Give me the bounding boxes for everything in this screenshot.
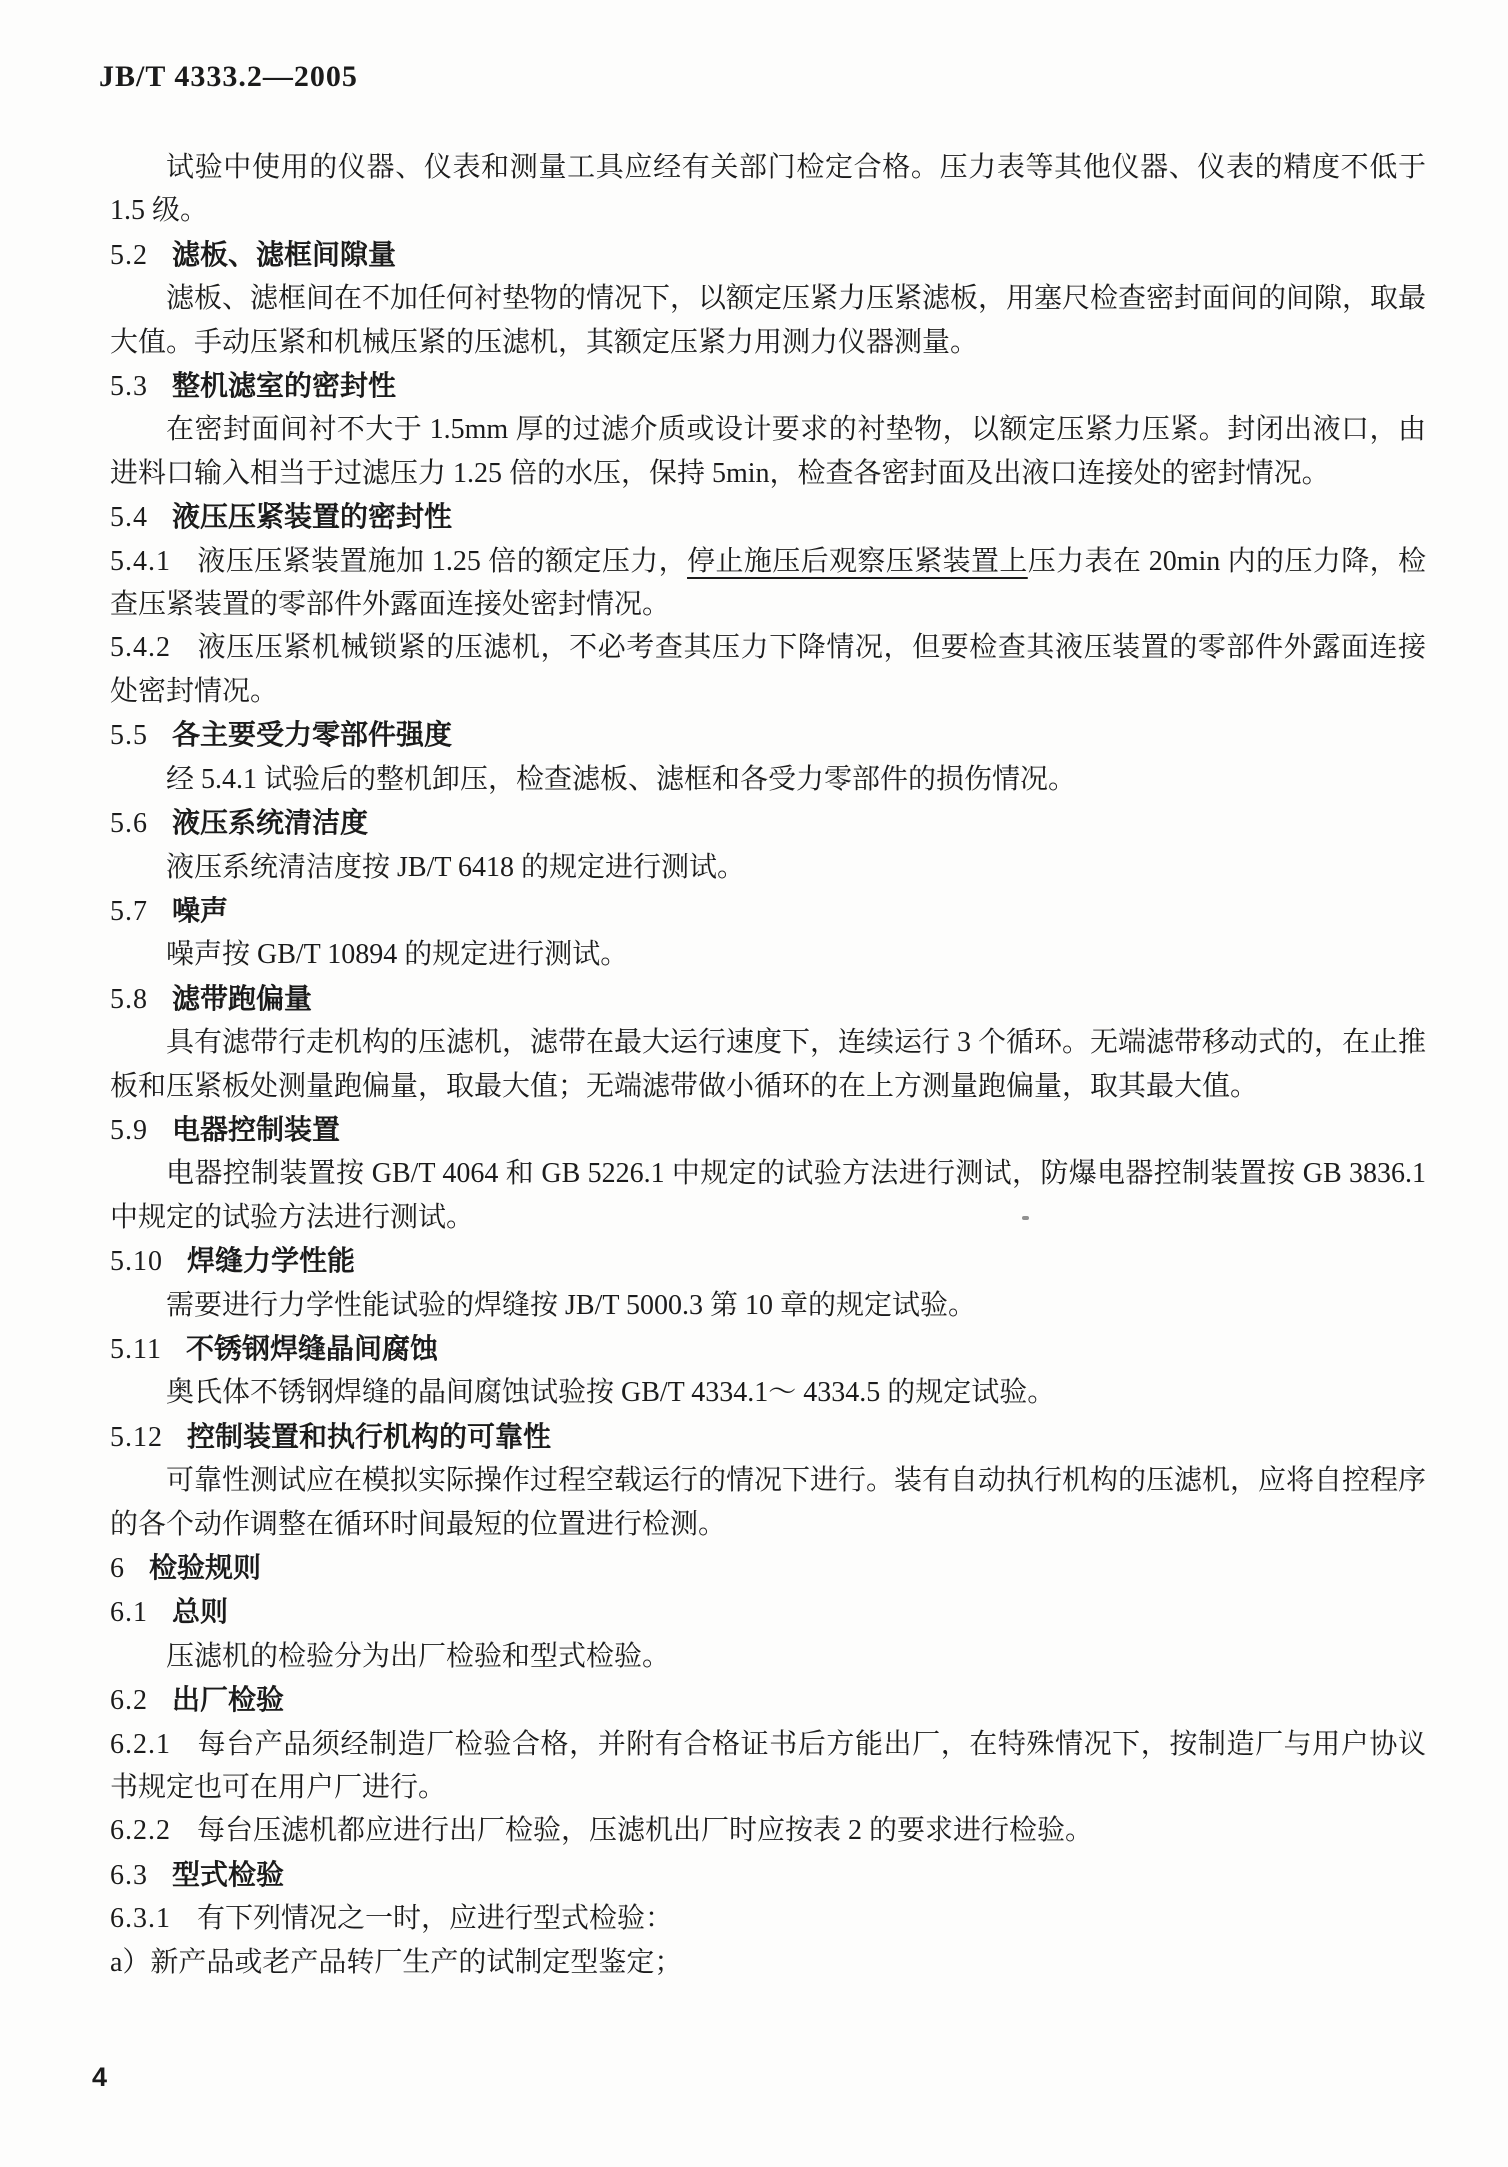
clause-heading-5-10: 5.10焊缝力学性能 xyxy=(110,1239,1426,1283)
page-number: 4 xyxy=(92,2062,107,2092)
paragraph-5-2: 滤板、滤框间在不加任何衬垫物的情况下，以额定压紧力压紧滤板，用塞尺检查密封面间的… xyxy=(110,277,1426,364)
clause-number: 5.6 xyxy=(110,808,148,839)
article-number: 6.3.1 xyxy=(110,1903,171,1934)
document-body: 试验中使用的仪器、仪表和测量工具应经有关部门检定合格。压力表等其他仪器、仪表的精… xyxy=(110,146,1426,1984)
clause-title: 型式检验 xyxy=(172,1859,284,1890)
clause-title: 液压压紧装置的密封性 xyxy=(172,501,452,532)
paragraph-5-3: 在密封面间衬不大于 1.5mm 厚的过滤介质或设计要求的衬垫物，以额定压紧力压紧… xyxy=(110,408,1426,495)
article-text: 每台产品须经制造厂检验合格，并附有合格证书后方能出厂，在特殊情况下，按制造厂与用… xyxy=(110,1729,1426,1803)
article-number: 6.2.1 xyxy=(110,1729,171,1760)
clause-heading-5-8: 5.8滤带跑偏量 xyxy=(110,977,1426,1021)
clause-number: 5.3 xyxy=(110,371,148,402)
clause-number: 5.4 xyxy=(110,502,148,533)
clause-heading-5-5: 5.5各主要受力零部件强度 xyxy=(110,713,1426,757)
clause-heading-5-7: 5.7噪声 xyxy=(110,889,1426,933)
list-item-a: a）新产品或老产品转厂生产的试制定型鉴定； xyxy=(110,1941,1426,1984)
document-page: JB/T 4333.2—2005 试验中使用的仪器、仪表和测量工具应经有关部门检… xyxy=(0,0,1508,2167)
paragraph-5-5: 经 5.4.1 试验后的整机卸压，检查滤板、滤框和各受力零部件的损伤情况。 xyxy=(110,758,1426,801)
clause-heading-5-12: 5.12控制装置和执行机构的可靠性 xyxy=(110,1415,1426,1459)
article-text: 有下列情况之一时，应进行型式检验： xyxy=(197,1903,673,1934)
paragraph-5-9: 电器控制装置按 GB/T 4064 和 GB 5226.1 中规定的试验方法进行… xyxy=(110,1152,1426,1239)
paragraph-5-12: 可靠性测试应在模拟实际操作过程空载运行的情况下进行。装有自动执行机构的压滤机，应… xyxy=(110,1459,1426,1546)
article-5-4-1: 5.4.1液压压紧装置施加 1.25 倍的额定压力，停止施压后观察压紧装置上压力… xyxy=(110,540,1426,627)
chapter-title: 检验规则 xyxy=(149,1552,261,1583)
clause-heading-6-2: 6.2出厂检验 xyxy=(110,1678,1426,1722)
clause-title: 焊缝力学性能 xyxy=(187,1245,355,1276)
article-6-2-2: 6.2.2每台压滤机都应进行出厂检验，压滤机出厂时应按表 2 的要求进行检验。 xyxy=(110,1809,1426,1852)
clause-title: 液压系统清洁度 xyxy=(172,807,368,838)
chapter-heading-6: 6检验规则 xyxy=(110,1546,1426,1590)
chapter-number: 6 xyxy=(110,1553,125,1584)
underlined-text: 停止施压后观察压紧装置上 xyxy=(687,546,1028,577)
clause-number: 6.2 xyxy=(110,1685,148,1716)
article-6-3-1: 6.3.1有下列情况之一时，应进行型式检验： xyxy=(110,1897,1426,1940)
paragraph-6-1: 压滤机的检验分为出厂检验和型式检验。 xyxy=(110,1635,1426,1678)
clause-title: 控制装置和执行机构的可靠性 xyxy=(187,1421,551,1452)
clause-title: 滤带跑偏量 xyxy=(172,983,312,1014)
clause-title: 噪声 xyxy=(172,895,228,926)
article-number: 5.4.1 xyxy=(110,546,171,577)
article-text: 液压压紧机械锁紧的压滤机，不必考查其压力下降情况，但要检查其液压装置的零部件外露… xyxy=(110,632,1426,706)
paragraph-5-6: 液压系统清洁度按 JB/T 6418 的规定进行测试。 xyxy=(110,846,1426,889)
paragraph-5-11: 奥氏体不锈钢焊缝的晶间腐蚀试验按 GB/T 4334.1～ 4334.5 的规定… xyxy=(110,1371,1426,1414)
clause-number: 6.1 xyxy=(110,1597,148,1628)
standard-number-header: JB/T 4333.2—2005 xyxy=(99,60,358,94)
clause-number: 5.8 xyxy=(110,984,148,1015)
clause-heading-6-1: 6.1总则 xyxy=(110,1590,1426,1634)
clause-number: 5.10 xyxy=(110,1246,163,1277)
clause-heading-5-6: 5.6液压系统清洁度 xyxy=(110,801,1426,845)
clause-title: 整机滤室的密封性 xyxy=(172,370,396,401)
clause-number: 5.12 xyxy=(110,1422,163,1453)
clause-number: 5.11 xyxy=(110,1334,162,1365)
clause-title: 各主要受力零部件强度 xyxy=(172,719,452,750)
paragraph-5-10: 需要进行力学性能试验的焊缝按 JB/T 5000.3 第 10 章的规定试验。 xyxy=(110,1284,1426,1327)
clause-heading-5-4: 5.4液压压紧装置的密封性 xyxy=(110,495,1426,539)
clause-title: 出厂检验 xyxy=(172,1684,284,1715)
article-5-4-2: 5.4.2液压压紧机械锁紧的压滤机，不必考查其压力下降情况，但要检查其液压装置的… xyxy=(110,626,1426,713)
clause-number: 6.3 xyxy=(110,1860,148,1891)
article-text: 液压压紧装置施加 1.25 倍的额定压力， xyxy=(197,546,687,577)
article-text: 每台压滤机都应进行出厂检验，压滤机出厂时应按表 2 的要求进行检验。 xyxy=(197,1815,1093,1846)
clause-heading-5-11: 5.11不锈钢焊缝晶间腐蚀 xyxy=(110,1327,1426,1371)
article-6-2-1: 6.2.1每台产品须经制造厂检验合格，并附有合格证书后方能出厂，在特殊情况下，按… xyxy=(110,1723,1426,1810)
article-number: 5.4.2 xyxy=(110,632,171,663)
clause-title: 总则 xyxy=(172,1596,228,1627)
clause-number: 5.9 xyxy=(110,1115,148,1146)
clause-title: 滤板、滤框间隙量 xyxy=(172,239,396,270)
paragraph-5-8: 具有滤带行走机构的压滤机，滤带在最大运行速度下，连续运行 3 个循环。无端滤带移… xyxy=(110,1021,1426,1108)
paragraph-5-7: 噪声按 GB/T 10894 的规定进行测试。 xyxy=(110,933,1426,976)
clause-number: 5.5 xyxy=(110,720,148,751)
clause-title: 电器控制装置 xyxy=(172,1114,340,1145)
clause-heading-6-3: 6.3型式检验 xyxy=(110,1853,1426,1897)
paragraph-instruments: 试验中使用的仪器、仪表和测量工具应经有关部门检定合格。压力表等其他仪器、仪表的精… xyxy=(110,146,1426,233)
clause-title: 不锈钢焊缝晶间腐蚀 xyxy=(186,1333,438,1364)
clause-heading-5-2: 5.2滤板、滤框间隙量 xyxy=(110,233,1426,277)
article-number: 6.2.2 xyxy=(110,1815,171,1846)
clause-heading-5-9: 5.9电器控制装置 xyxy=(110,1108,1426,1152)
clause-number: 5.7 xyxy=(110,896,148,927)
scan-noise-mark xyxy=(1022,1216,1029,1220)
clause-heading-5-3: 5.3整机滤室的密封性 xyxy=(110,364,1426,408)
clause-number: 5.2 xyxy=(110,240,148,271)
